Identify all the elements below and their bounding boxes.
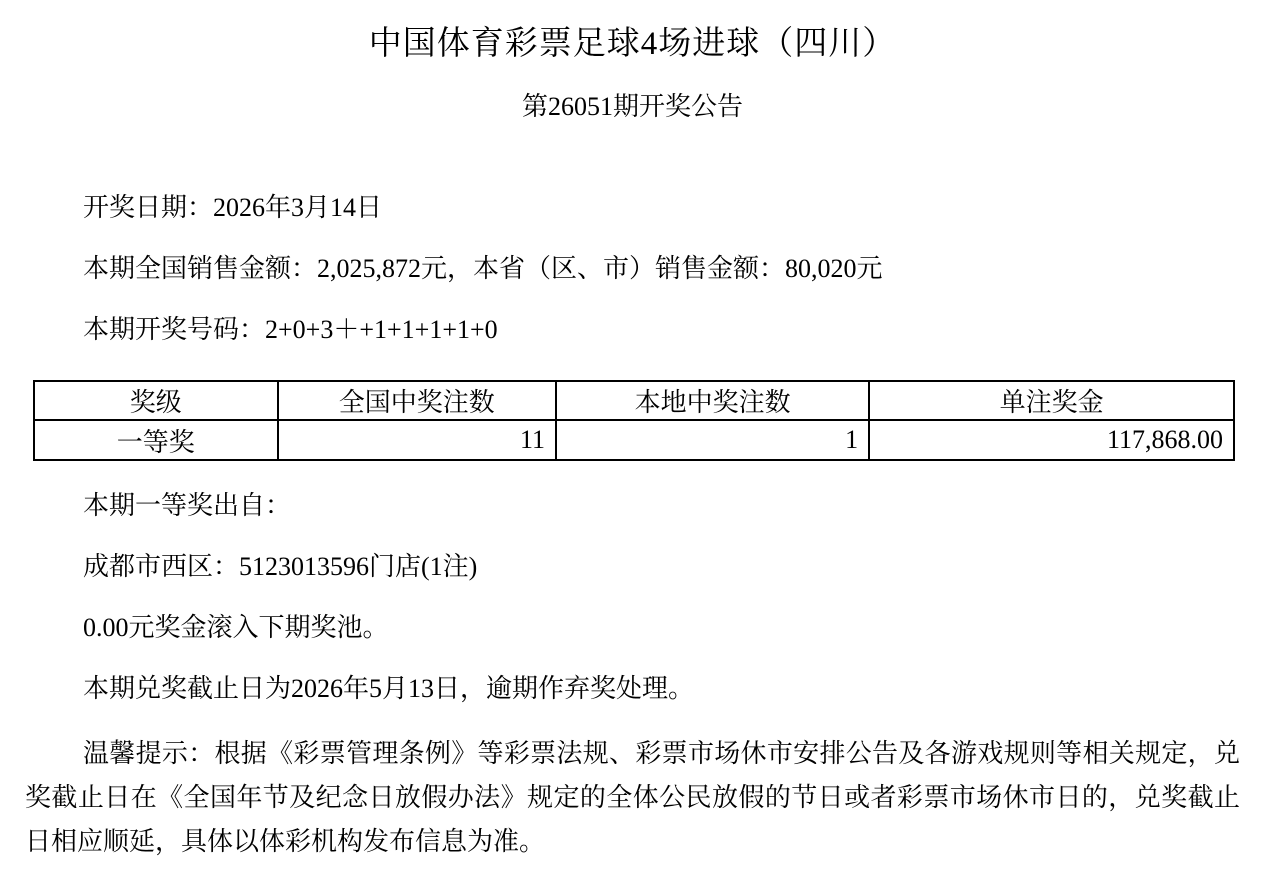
rollover-line: 0.00元奖金滚入下期奖池。 (25, 614, 1240, 642)
col-header-national-winners: 全国中奖注数 (278, 381, 556, 420)
announcement-page: 中国体育彩票足球4场进球（四川） 第26051期开奖公告 开奖日期：2026年3… (0, 0, 1266, 892)
draw-date-line: 开奖日期：2026年3月14日 (25, 194, 1240, 222)
table-row-first-prize: 一等奖 11 1 117,868.00 (34, 420, 1234, 460)
winning-numbers-line: 本期开奖号码：2+0+3＋+1+1+1+1+0 (25, 316, 1240, 344)
col-header-local-winners: 本地中奖注数 (556, 381, 869, 420)
notice-paragraph: 温馨提示：根据《彩票管理条例》等彩票法规、彩票市场休市安排公告及各游戏规则等相关… (25, 732, 1240, 864)
announcement-subtitle: 第26051期开奖公告 (25, 93, 1240, 120)
page-title: 中国体育彩票足球4场进球（四川） (25, 26, 1240, 62)
prize-table: 奖级 全国中奖注数 本地中奖注数 单注奖金 一等奖 11 1 117,868.0… (33, 380, 1235, 461)
winner-intro-line: 本期一等奖出自： (25, 492, 1240, 520)
col-header-prize-level: 奖级 (34, 381, 278, 420)
cell-prize-level: 一等奖 (34, 420, 278, 460)
prize-table-header-row: 奖级 全国中奖注数 本地中奖注数 单注奖金 (34, 381, 1234, 420)
cell-prize-amount: 117,868.00 (869, 420, 1234, 460)
col-header-prize-per-bet: 单注奖金 (869, 381, 1234, 420)
cell-local-winners: 1 (556, 420, 869, 460)
redeem-deadline-line: 本期兑奖截止日为2026年5月13日，逾期作弃奖处理。 (25, 675, 1240, 703)
winner-detail-line: 成都市西区：5123013596门店(1注) (25, 553, 1240, 581)
sales-amount-line: 本期全国销售金额：2,025,872元，本省（区、市）销售金额：80,020元 (25, 255, 1240, 283)
cell-national-winners: 11 (278, 420, 556, 460)
